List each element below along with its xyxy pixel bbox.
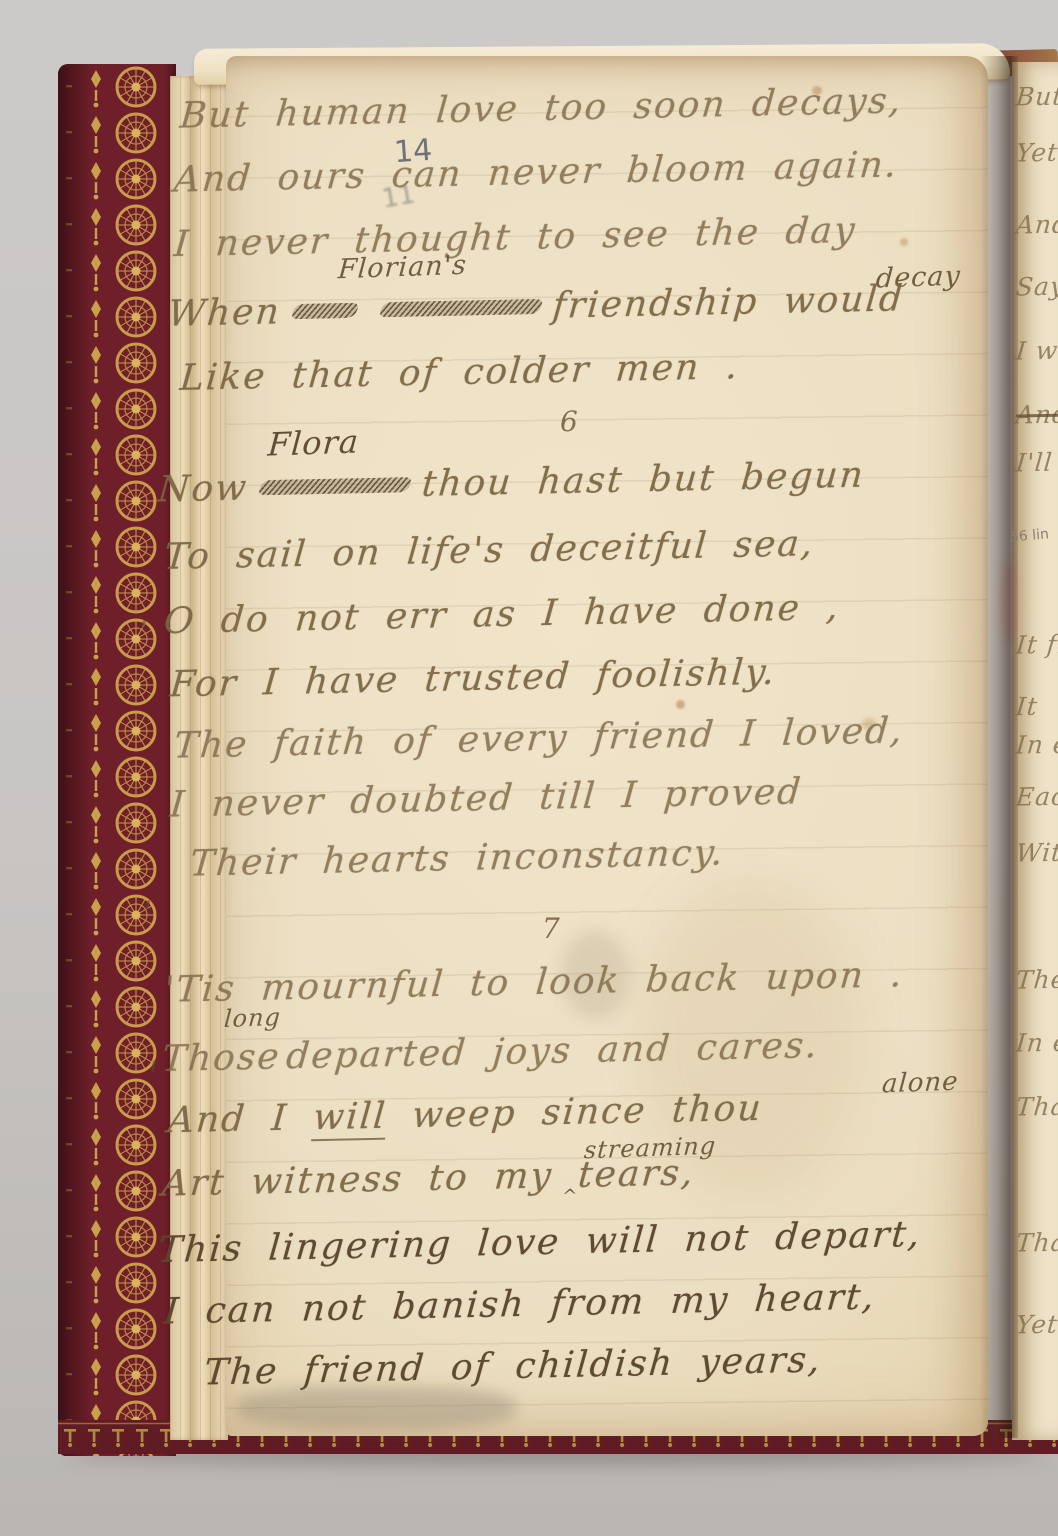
next-page-fragment: With (1015, 837, 1058, 867)
poem-line: I can not banish from my heart, (162, 1277, 877, 1333)
scribbled-out-word (290, 303, 360, 319)
inserted-word: long (223, 1003, 282, 1033)
poem-line: Whenfriendship would (166, 278, 905, 334)
underlined-word: will (311, 1096, 388, 1142)
poem-line: O do not err as I have done , (162, 587, 841, 642)
poem-line: Like that of colder men . (178, 346, 741, 399)
poem-line-part: Those (160, 1036, 282, 1080)
poem-line-part: departed joys and cares. (285, 1025, 821, 1077)
next-page-fragment: Each (1015, 781, 1058, 811)
next-page-fragment: Yet (1015, 1310, 1058, 1340)
poem-line: Art witness to my tears, (160, 1152, 696, 1204)
poem-line: The friend of childish years, (202, 1339, 823, 1393)
poem-line-part: tears, (577, 1152, 697, 1196)
next-page-fragment: Ther (1015, 964, 1058, 994)
poem-line: And ours can never bloom again. (172, 144, 900, 200)
next-page-fragment: Yet I (1015, 137, 1058, 167)
next-page-fragment: That (1015, 1227, 1058, 1257)
poem-line-part: thou hast but begun (420, 455, 866, 505)
poem-line: Those departed joys and cares. (160, 1025, 820, 1080)
next-page-fragment: But (1015, 82, 1058, 112)
inserted-word: alone (881, 1067, 960, 1100)
pencil-line-count-note: 56 lin (1009, 526, 1049, 545)
poem-line: But human love too soon decays, (178, 80, 904, 136)
poem-line: To sail on life's deceitful sea, (162, 523, 816, 578)
next-page-fragment: That (1015, 1091, 1058, 1121)
next-page-fragment: In ev (1015, 1027, 1058, 1057)
poem-line: Their hearts inconstancy. (188, 832, 726, 884)
inserted-word: Florian's (337, 250, 468, 286)
poem-line: For I have trusted foolishly. (168, 652, 778, 706)
poem-line-part: Art witness to my (160, 1155, 554, 1204)
next-page-fragment: And (1015, 210, 1058, 240)
inserted-word: Flora (267, 422, 361, 463)
poem-line-part: And I (166, 1098, 289, 1142)
poem-line: I never thought to see the day (172, 210, 858, 265)
poem-line-part: weep since thou (410, 1088, 764, 1136)
next-page-fragment: Say (1015, 272, 1058, 302)
stanza-number: 6 (560, 405, 578, 438)
poem-line-part: friendship would (551, 278, 906, 326)
poem-line: Nowthou hast but begun (156, 455, 866, 511)
stanza-number: 7 (542, 912, 560, 945)
poem-line-part: When (166, 291, 282, 334)
next-page-fragment: I will (1015, 335, 1058, 365)
photograph-of-manuscript: 14 11 But human love too soon decays, An… (0, 0, 1058, 1536)
scribbled-out-word (378, 299, 544, 317)
scribbled-out-word (257, 477, 413, 495)
handwriting-layer: 14 11 But human love too soon decays, An… (0, 0, 1058, 1536)
poem-line: The faith of every friend I loved, (172, 710, 905, 766)
next-page-fragment: I'll (1015, 448, 1054, 478)
poem-line-part: Now (156, 467, 249, 510)
next-page-fragment-struck: And (1015, 400, 1058, 430)
next-page-fragment: In ea (1015, 729, 1058, 759)
next-page-fragment: It fin (1015, 629, 1058, 659)
poem-line: This lingering love will not depart, (156, 1214, 923, 1271)
poem-line: I never doubted till I proved (168, 771, 804, 825)
next-page-fragment: It (1015, 692, 1039, 721)
